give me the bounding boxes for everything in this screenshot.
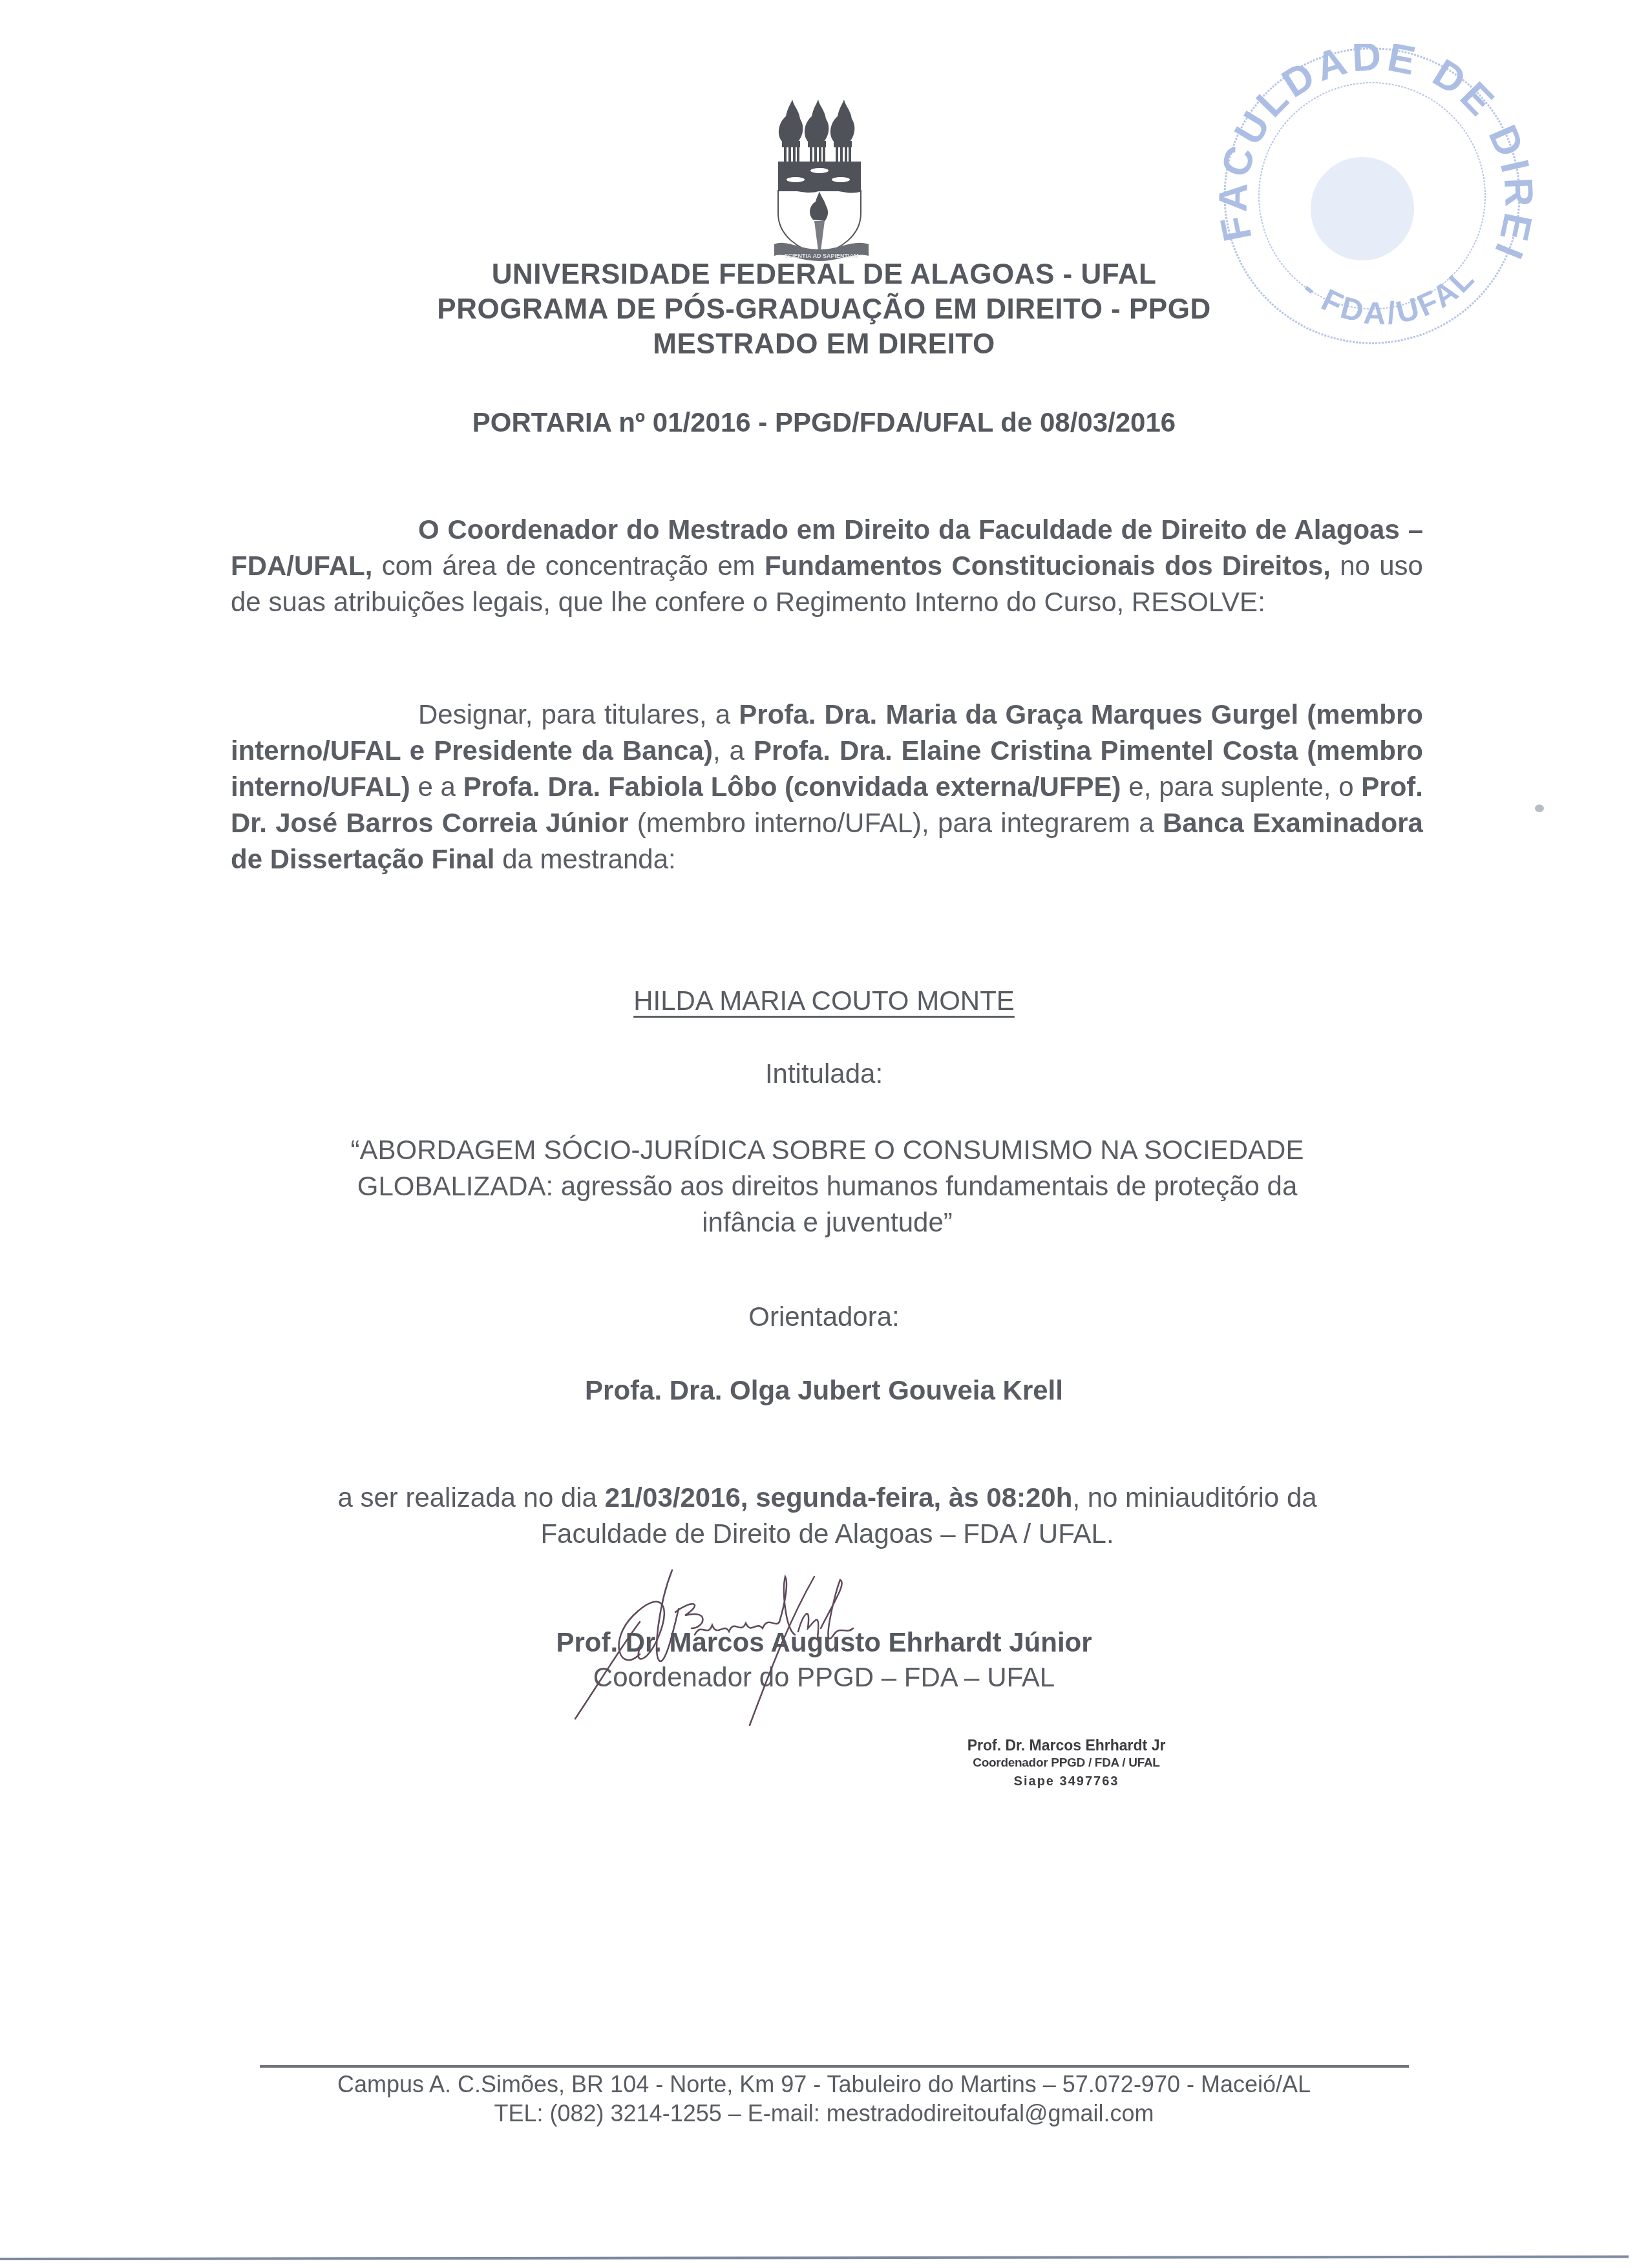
text-run: Profa. Dra. Fabiola Lôbo (convidada exte…: [463, 772, 1121, 802]
handwritten-signature-icon: [562, 1564, 976, 1732]
footer-contact: TEL: (082) 3214-1255 – E-mail: mestradod…: [0, 2100, 1648, 2127]
text-run: , a: [713, 735, 754, 766]
text-run: com área de concentração em: [372, 551, 765, 581]
text-run: da mestranda:: [495, 844, 676, 874]
text-run: Fundamentos Constitucionais dos Direitos…: [765, 551, 1331, 581]
advisor-label: Orientadora:: [0, 1301, 1648, 1332]
footer-address: Campus A. C.Simões, BR 104 - Norte, Km 9…: [0, 2071, 1648, 2098]
designation-paragraph: Designar, para titulares, a Profa. Dra. …: [231, 697, 1423, 877]
text-run: Designar, para titulares, a: [418, 699, 739, 730]
seal-role: Coordenador PPGD / FDA / UFAL: [905, 1756, 1228, 1770]
page-edge: [0, 2255, 1629, 2260]
program-name: PROGRAMA DE PÓS-GRADUAÇÃO EM DIREITO - P…: [0, 292, 1648, 327]
dissertation-title: “ABORDAGEM SÓCIO-JURÍDICA SOBRE O CONSUM…: [246, 1132, 1409, 1241]
resolution-paragraph: O Coordenador do Mestrado em Direito da …: [231, 512, 1423, 620]
footer-divider: [260, 2065, 1409, 2068]
seal-siape: Siape 3497763: [905, 1774, 1228, 1789]
defense-datetime: 21/03/2016, segunda-feira, às 08:20h: [605, 1482, 1073, 1513]
ufal-coat-of-arms-icon: SCIENTIA AD SAPIENTIAM: [773, 97, 870, 262]
course-name: MESTRADO EM DIREITO: [0, 327, 1648, 362]
advisor-name: Profa. Dra. Olga Jubert Gouveia Krell: [0, 1375, 1648, 1406]
text-run: (membro interno/UFAL), para integrarem a: [629, 808, 1163, 838]
candidate-name: HILDA MARIA COUTO MONTE: [0, 985, 1648, 1016]
university-name: UNIVERSIDADE FEDERAL DE ALAGOAS - UFAL: [0, 257, 1648, 292]
text-run: e a: [410, 772, 463, 802]
titled-label: Intitulada:: [0, 1058, 1648, 1089]
seal-name: Prof. Dr. Marcos Ehrhardt Jr: [905, 1737, 1228, 1754]
scan-speck: [1535, 804, 1544, 812]
portaria-title: PORTARIA nº 01/2016 - PPGD/FDA/UFAL de 0…: [0, 407, 1648, 438]
defense-schedule: a ser realizada no dia 21/03/2016, segun…: [246, 1480, 1409, 1552]
text-run: e, para suplente, o: [1121, 772, 1362, 802]
